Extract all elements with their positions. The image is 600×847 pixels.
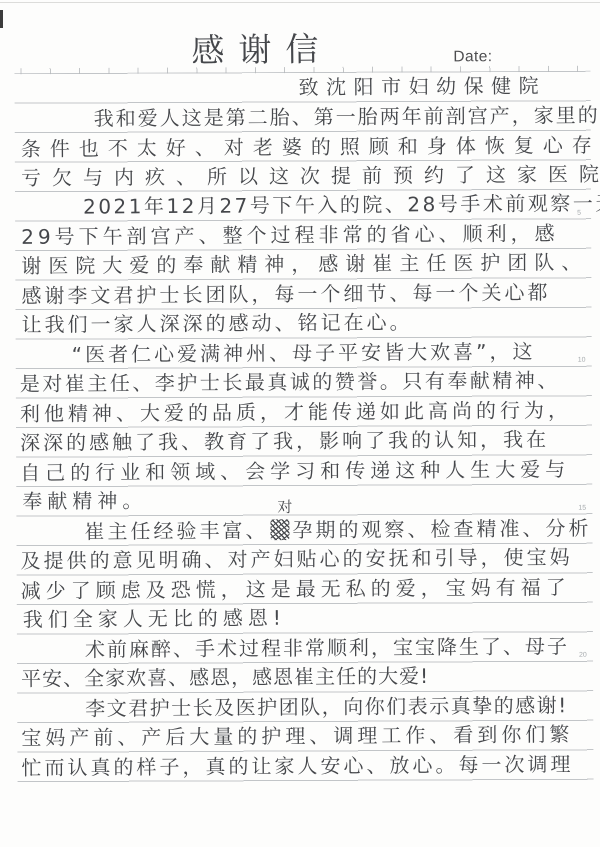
recipient-line: 致沈阳市妇幼保健院 bbox=[298, 73, 546, 101]
scratched-out-character bbox=[270, 519, 289, 540]
handwritten-line: 自己的行业和领域、会学习和传递这种人生大爱与 bbox=[20, 456, 570, 486]
margin-line-number: 20 bbox=[579, 652, 587, 659]
handwritten-line: 是对崔主任、李护士长最真诚的赞誉。只有奉献精神、 bbox=[20, 367, 560, 397]
correction-after-text: 孕期的观察、检查精准、分析 bbox=[292, 516, 591, 542]
correction-inserted-character: 对 bbox=[277, 499, 292, 515]
handwritten-line: 李文君护士长及医护团队，向你们表示真挚的感谢! bbox=[85, 692, 568, 721]
handwritten-line: 奉献精神。 bbox=[22, 488, 147, 515]
handwritten-line: 谢医院大爱的奉献精神，感谢崔主任医护团队、 bbox=[21, 249, 588, 279]
handwritten-line: 术前麻醉、手术过程非常顺利，宝宝降生了、母子 bbox=[85, 633, 569, 662]
margin-line-number: 10 bbox=[578, 357, 586, 364]
handwritten-line: 感谢李文君护士长团队，每一个细节、每一个关心都 bbox=[21, 279, 550, 309]
correction-before-text: 崔主任经验丰富、 bbox=[84, 518, 268, 543]
handwritten-line: “医者仁心爱满神州、母子平安皆大欢喜”，这 bbox=[72, 338, 536, 367]
handwritten-line: 我和爱人这是第二胎、第一胎两年前剖宫产，家里的 bbox=[94, 102, 600, 132]
handwritten-line: 亏欠与内疚、所以这次提前预约了这家医院。 bbox=[21, 161, 600, 191]
handwritten-line: 深深的感触了我、教育了我，影响了我的认知，我在 bbox=[20, 426, 549, 456]
handwritten-line: 我们全家人无比的感恩! bbox=[23, 605, 286, 633]
handwritten-line: 2021年12月27号下午入的院、28号手术前观察一天 bbox=[83, 190, 600, 220]
handwritten-line: 及提供的意见明确、对产妇贴心的安抚和引导，使宝妈 bbox=[21, 544, 573, 574]
handwritten-line: 让我们一家人深深的感动、铭记在心。 bbox=[21, 309, 412, 338]
handwritten-line: 宝妈产前、产后大量的护理、调理工作、看到你们繁 bbox=[21, 721, 573, 751]
handwritten-line: 利他精神、大爱的品质，才能传递如此高尚的行为， bbox=[20, 397, 572, 427]
handwritten-line: 29号下午剖宫产、整个过程非常的省心、顺利，感 bbox=[21, 220, 559, 250]
handwritten-line: 条件也不太好、对老婆的照顾和身体恢复心存 bbox=[21, 132, 600, 162]
handwritten-line: 忙而认真的样子，真的让家人安心、放心。每一次调理 bbox=[21, 751, 573, 781]
letter-title: 感谢信 bbox=[191, 23, 333, 72]
handwritten-line: 减少了顾虑及恐慌，这是最无私的爱，宝妈有福了 bbox=[21, 574, 571, 604]
handwritten-line-with-correction: 崔主任经验丰富、孕期的观察、检查精准、分析 bbox=[84, 515, 591, 545]
handwritten-line: 平安、全家欢喜、感恩，感恩崔主任的大爱! bbox=[21, 663, 429, 692]
date-label: Date: bbox=[453, 48, 492, 66]
letter-sheet: 5 10 15 20 感谢信 Date: 致沈阳市妇幼保健院 我和爱人这是第二胎… bbox=[0, 0, 600, 847]
margin-line-number: 15 bbox=[578, 505, 586, 512]
